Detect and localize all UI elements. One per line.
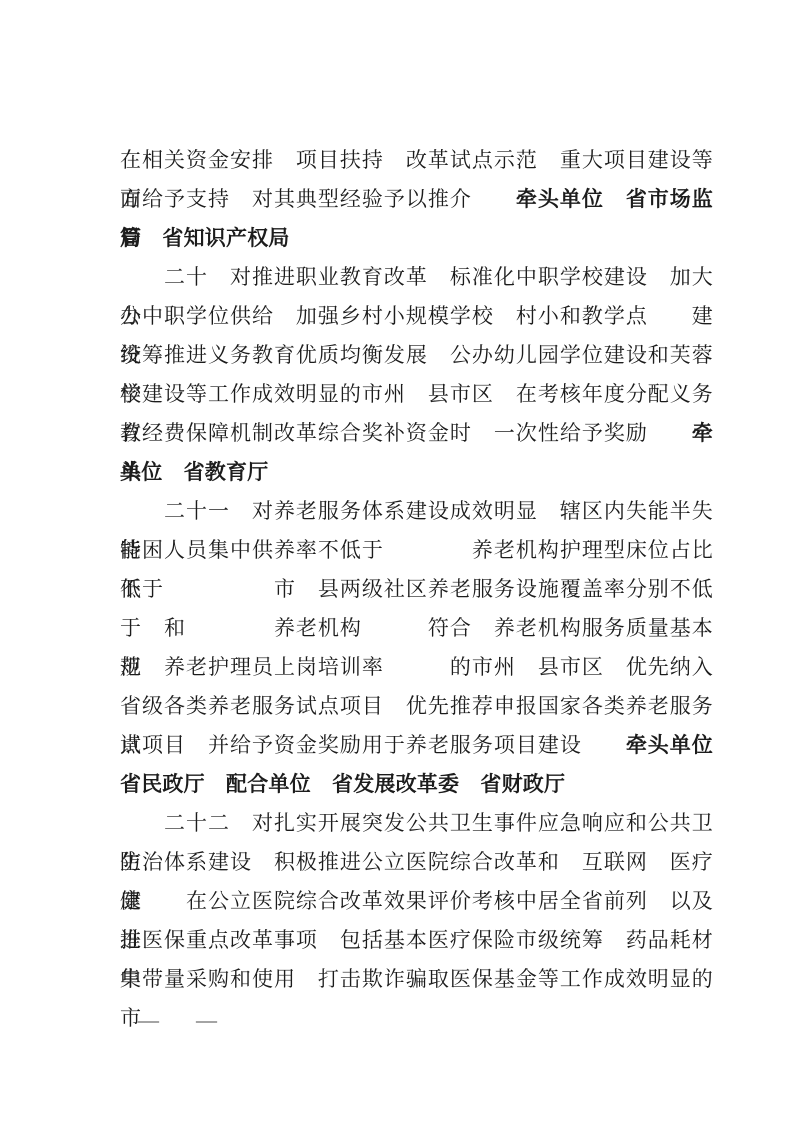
document-line: 范 养老护理员上岗培训率 的市州 县市区 优先纳入 <box>120 648 713 687</box>
lead-unit-label: 单位 省教育厅 <box>120 460 268 484</box>
document-page: 在相关资金安排 项目扶持 改革试点示范 重大项目建设等方 面给予支持 对其典型经… <box>0 0 793 1122</box>
text-segment: 点项目 并给予资金奖励用于养老服务项目建设 <box>120 733 626 757</box>
text-segment: 面给予支持 对其典型经验予以推介 <box>120 187 516 211</box>
document-line: 省级各类养老服务试点项目 优先推荐申报国家各类养老服务试 <box>120 687 713 726</box>
document-line: 面给予支持 对其典型经验予以推介 牵头单位 省市场监管 <box>120 180 713 219</box>
document-line: 和 养老机构 符合 养老机构服务质量基本规 <box>120 609 713 648</box>
page-number-dashes: — — <box>138 1005 225 1035</box>
document-text-block: 在相关资金安排 项目扶持 改革试点示范 重大项目建设等方 面给予支持 对其典型经… <box>120 141 713 999</box>
document-line: 办中职学位供给 加强乡村小规模学校 村小和教学点 建设 <box>120 297 713 336</box>
document-line: 二十二 对扎实开展突发公共卫生事件应急响应和公共卫生 <box>120 804 713 843</box>
document-line: 校建设等工作成效明显的市州 县市区 在考核年度分配义务教 <box>120 375 713 414</box>
document-line: 康 在公立医院综合改革效果评价考核中居全省前列 以及推 <box>120 882 713 921</box>
document-line: 统筹推进义务教育优质均衡发展 公办幼儿园学位建设和芙蓉学 <box>120 336 713 375</box>
lead-unit-label: 牵头单位 <box>626 733 713 757</box>
document-line: 防治体系建设 积极推进公立医院综合改革和 互联网 医疗健 <box>120 843 713 882</box>
document-line: 单位 省教育厅 <box>120 453 713 492</box>
document-line: 进医保重点改革事项 包括基本医疗保险市级统筹 药品耗材集 <box>120 921 713 960</box>
lead-unit-label: 局 省知识产权局 <box>120 226 290 250</box>
lead-unit-label: 省民政厅 配合单位 省发展改革委 省财政厅 <box>120 772 565 796</box>
text-segment: 范 养老护理员上岗培训率 的市州 县市区 优先纳入 <box>120 655 713 679</box>
document-line: 特困人员集中供养率不低于 养老机构护理型床位占比不 <box>120 531 713 570</box>
document-line: 中带量采购和使用 打击欺诈骗取医保基金等工作成效明显的市 <box>120 960 713 999</box>
document-line: 低于 市 县两级社区养老服务设施覆盖率分别不低于 <box>120 570 713 609</box>
document-line: 二十 对推进职业教育改革 标准化中职学校建设 加大公 <box>120 258 713 297</box>
document-line: 点项目 并给予资金奖励用于养老服务项目建设 牵头单位 <box>120 726 713 765</box>
document-line: 二十一 对养老服务体系建设成效明显 辖区内失能半失能 <box>120 492 713 531</box>
text-segment: 育经费保障机制改革综合奖补资金时 一次性给予奖励 <box>120 421 692 445</box>
document-line: 在相关资金安排 项目扶持 改革试点示范 重大项目建设等方 <box>120 141 713 180</box>
document-line: 局 省知识产权局 <box>120 219 713 258</box>
document-line: 省民政厅 配合单位 省发展改革委 省财政厅 <box>120 765 713 804</box>
document-line: 育经费保障机制改革综合奖补资金时 一次性给予奖励 牵头 <box>120 414 713 453</box>
